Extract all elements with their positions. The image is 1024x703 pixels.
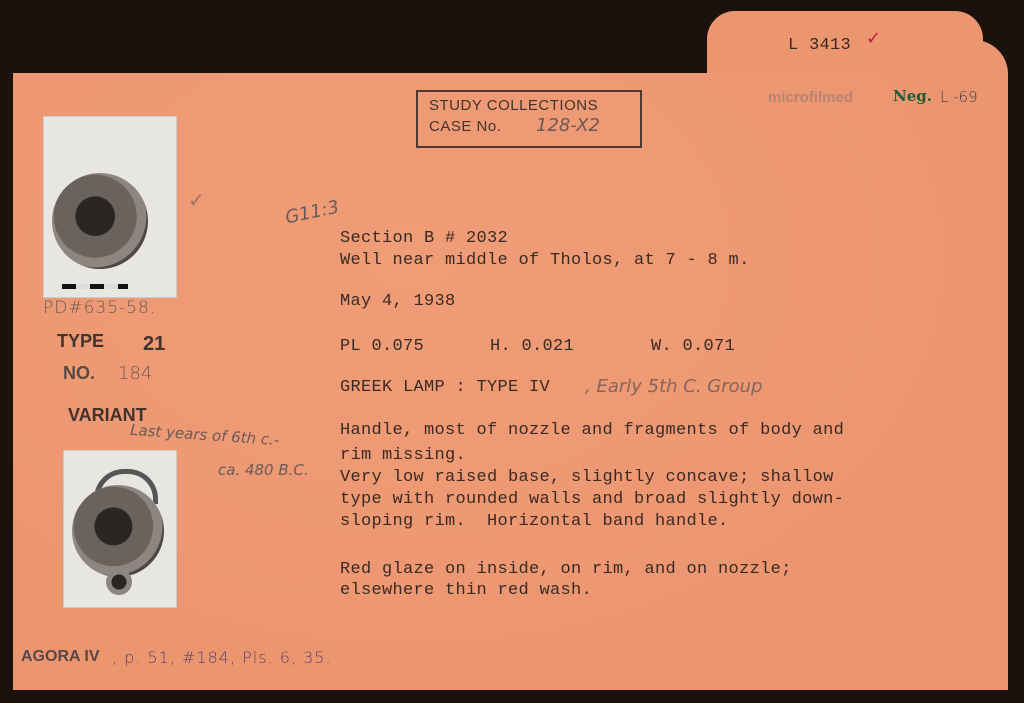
glaze-line-1: Red glaze on inside, on rim, and on nozz…: [340, 560, 792, 579]
glaze-line-2: elsewhere thin red wash.: [340, 581, 592, 600]
section-line: Section B # 2032: [340, 229, 508, 248]
scale-bar: [62, 284, 128, 289]
description-line-5: sloping rim. Horizontal band handle.: [340, 512, 729, 531]
case-no-label: CASE No.: [429, 118, 501, 135]
date-note-line2: ca. 480 B.C.: [218, 461, 309, 479]
publication-ref: , p. 51, #184, Pls. 6, 35.: [112, 648, 332, 667]
date-line: May 4, 1938: [340, 292, 456, 311]
no-label: NO.: [63, 363, 95, 384]
type-value: 21: [143, 333, 165, 356]
study-collections-label: STUDY COLLECTIONS: [429, 97, 598, 114]
neg-value: L -69: [940, 88, 978, 106]
description-line-3: Very low raised base, slightly concave; …: [340, 468, 834, 487]
type-label: TYPE: [57, 331, 104, 352]
neg-label: Neg.: [893, 87, 932, 105]
dimension-w: W. 0.071: [651, 337, 735, 356]
case-number: 128-X2: [536, 115, 600, 136]
lamp-nozzle-image: [106, 569, 132, 595]
classification-typed: GREEK LAMP : TYPE IV: [340, 378, 550, 397]
lamp-image: [72, 485, 164, 577]
lamp-photo-bottom: [63, 450, 177, 608]
pencil-check-icon: ✓: [188, 188, 205, 212]
dimension-h: H. 0.021: [490, 337, 574, 356]
publication-prefix: AGORA IV: [21, 648, 100, 666]
classification-hand: , Early 5th C. Group: [585, 376, 762, 397]
lamp-photo-top: [43, 116, 177, 298]
findspot-line: Well near middle of Tholos, at 7 - 8 m.: [340, 251, 750, 270]
lamp-image: [52, 173, 148, 269]
red-check-icon: ✓: [866, 28, 881, 49]
dimension-pl: PL 0.075: [340, 337, 424, 356]
description-line-1: Handle, most of nozzle and fragments of …: [340, 421, 844, 440]
description-line-4: type with rounded walls and broad slight…: [340, 490, 844, 509]
pd-number: PD#635-58.: [43, 298, 156, 318]
description-line-2: rim missing.: [340, 446, 466, 465]
catalog-number: L 3413: [788, 36, 851, 55]
no-value: 184: [118, 363, 152, 384]
microfilmed-stamp: microfilmed: [768, 89, 853, 106]
